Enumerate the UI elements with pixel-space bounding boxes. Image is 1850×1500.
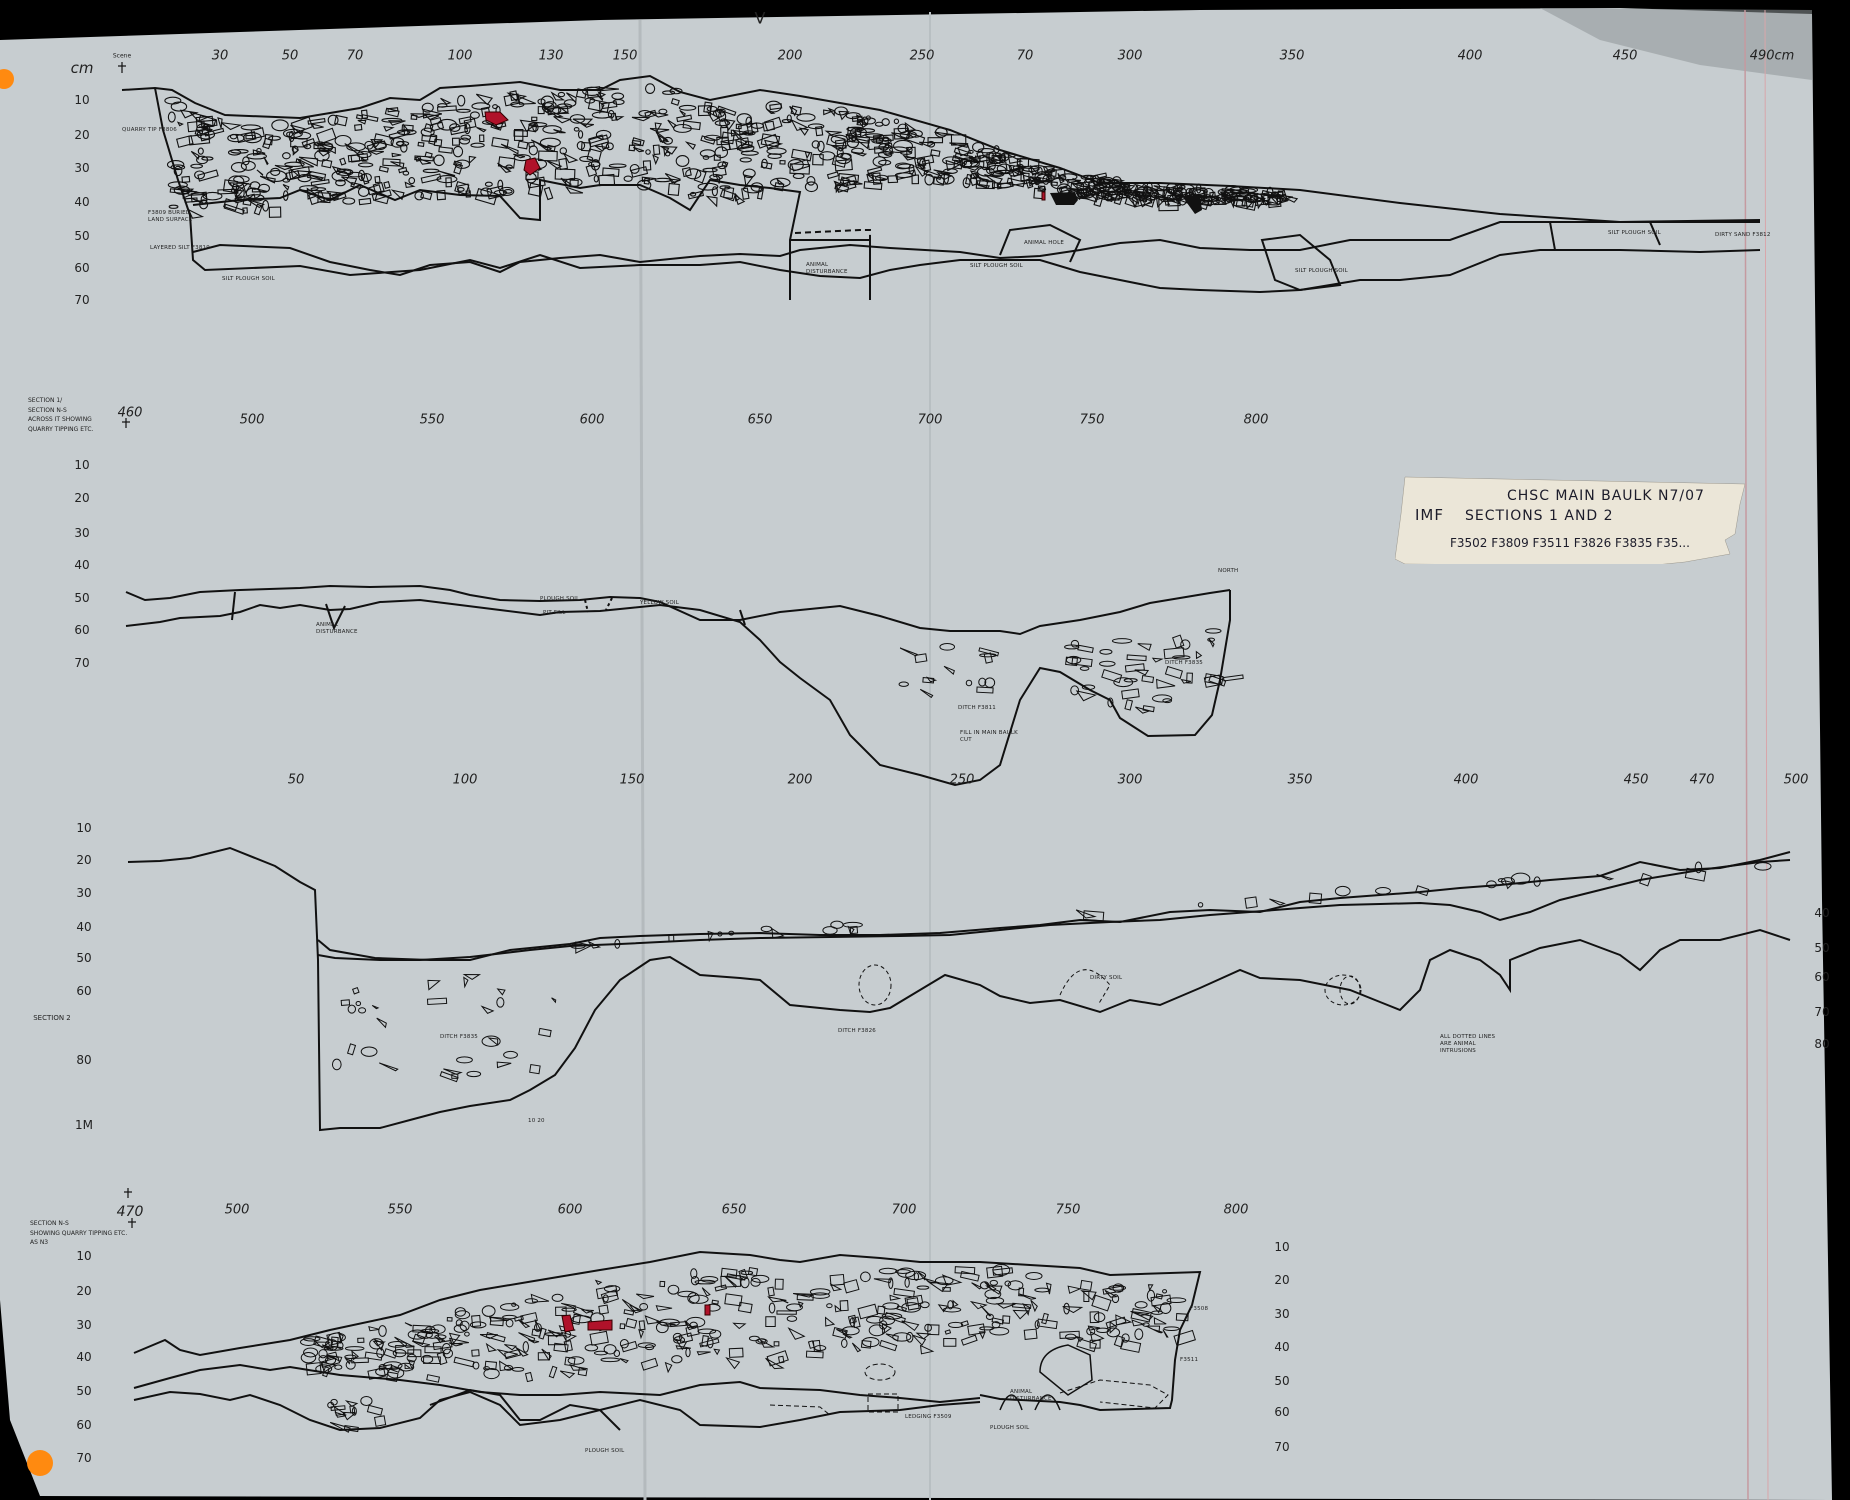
depth-tick-label: 20 [74, 128, 89, 142]
axis-tick-label: 30 [212, 49, 229, 64]
axis-tick-label: 500 [240, 413, 265, 428]
tag-prefix: IMF [1415, 506, 1444, 524]
axis-tick-label: 550 [388, 1203, 413, 1218]
depth-tick-label: 30 [1274, 1307, 1289, 1321]
axis-tick-label: 500 [1784, 773, 1809, 788]
axis-tick-label: 750 [1080, 413, 1105, 428]
depth-tick-label: 70 [76, 1451, 91, 1465]
annotation-label: North [1218, 568, 1238, 575]
annotation-label: Plough soil [540, 596, 579, 603]
title-line: as N3 [30, 1238, 127, 1248]
axis-tick-label: 200 [778, 49, 803, 64]
depth-tick-label: 40 [76, 1350, 91, 1364]
tag-line-3: F3502 F3809 F3511 F3826 F3835 F35... [1450, 536, 1690, 550]
title-line: across it showing [28, 415, 93, 425]
depth-tick-label: 40 [1274, 1340, 1289, 1354]
annotation-label: Animal disturbance [806, 262, 866, 276]
annotation-label: Pit fill [543, 610, 566, 617]
depth-tick-label: 30 [74, 526, 89, 540]
depth-tick-label: 80 [1814, 1037, 1829, 1051]
axis-tick-label: 400 [1458, 49, 1483, 64]
depth-tick-label: 80 [76, 1053, 91, 1067]
axis-tick-label: 300 [1118, 773, 1143, 788]
depth-tick-label: 50 [74, 591, 89, 605]
axis-tick-label: 250 [910, 49, 935, 64]
axis-tick-label: 550 [420, 413, 445, 428]
axis-tick-label: 800 [1224, 1203, 1249, 1218]
title-line: Section 1/ [28, 396, 93, 406]
depth-tick-label: 10 [76, 1249, 91, 1263]
label-tag: CHSC MAIN BAULK N7/07 IMF SECTIONS 1 AND… [1395, 474, 1745, 564]
annotation-label: Ditch F3835 [440, 1034, 478, 1041]
depth-tick-label: 50 [76, 1384, 91, 1398]
axis-tick-label: 600 [580, 413, 605, 428]
start-value: 470 [117, 1204, 144, 1220]
start-label: Scene [113, 53, 131, 60]
annotation-label: Layered silt F3819 [150, 245, 210, 252]
annotation-label: F3511 [1180, 1357, 1198, 1364]
units-label: cm [71, 59, 94, 77]
annotation-label: Ditch F3811 [958, 705, 996, 712]
section-2-title: Section 2 [33, 1014, 71, 1022]
annotation-label: Animal disturbance [1010, 1389, 1070, 1403]
axis-tick-label: 250 [950, 773, 975, 788]
depth-tick-label: 60 [1814, 970, 1829, 984]
axis-tick-label: 130 [539, 49, 564, 64]
depth-tick-label: 60 [76, 984, 91, 998]
depth-tick-label: 50 [76, 951, 91, 965]
annotation-label: Ledging F3509 [905, 1414, 952, 1421]
depth-tick-label: 40 [1814, 906, 1829, 920]
axis-tick-label: 650 [748, 413, 773, 428]
depth-tick-label: 60 [1274, 1405, 1289, 1419]
axis-tick-label: 70 [1017, 49, 1034, 64]
orange-marker-dot [27, 1450, 53, 1476]
axis-tick-label: 450 [1624, 773, 1649, 788]
annotation-label: Silt plough soil [1608, 230, 1661, 237]
annotation-label: Dirty sand F3812 [1715, 232, 1771, 239]
title-line: Section N-S [30, 1219, 127, 1229]
axis-tick-label: 750 [1056, 1203, 1081, 1218]
axis-tick-label: 450 [1613, 49, 1638, 64]
axis-tick-label: 200 [788, 773, 813, 788]
annotation-label: All dotted lines are animal intrusions [1440, 1034, 1500, 1055]
depth-tick-label: 50 [1274, 1374, 1289, 1388]
depth-tick-label: 50 [74, 229, 89, 243]
depth-tick-label: 20 [1274, 1273, 1289, 1287]
axis-tick-label: 50 [282, 49, 299, 64]
axis-tick-label: 70 [347, 49, 364, 64]
axis-tick-label: 700 [918, 413, 943, 428]
depth-tick-label: 10 [74, 458, 89, 472]
annotation-label: Fill in main baulk cut [960, 730, 1020, 744]
depth-tick-label: 1M [75, 1118, 93, 1132]
title-line: showing quarry tipping etc. [30, 1229, 127, 1239]
title-line: Section N-S [28, 406, 93, 416]
tag-line-2: SECTIONS 1 AND 2 [1465, 508, 1614, 524]
axis-tick-label: 350 [1280, 49, 1305, 64]
axis-tick-label: 470 [1690, 773, 1715, 788]
axis-tick-label: 500 [225, 1203, 250, 1218]
depth-tick-label: 70 [74, 293, 89, 307]
annotation-label: Dirty soil [1090, 975, 1122, 982]
depth-tick-label: 20 [74, 491, 89, 505]
annotation-label: Ditch F3826 [838, 1028, 876, 1035]
depth-tick-label: 50 [1814, 941, 1829, 955]
axis-tick-label: 400 [1454, 773, 1479, 788]
depth-tick-label: 60 [74, 623, 89, 637]
annotation-label: Ditch F3835 [1165, 660, 1203, 667]
depth-tick-label: 40 [74, 195, 89, 209]
annotation-label: Yellow soil [640, 600, 679, 607]
axis-tick-label: 600 [558, 1203, 583, 1218]
annotation-label: 10 20 [528, 1118, 545, 1125]
annotation-label: F3508 [1190, 1306, 1208, 1313]
depth-tick-label: 20 [76, 1284, 91, 1298]
depth-tick-label: 60 [74, 261, 89, 275]
annotation-label: Silt plough soil [1295, 268, 1348, 275]
annotation-label: Silt plough soil [970, 263, 1023, 270]
annotation-label: F3809 Buried land surface [148, 210, 208, 224]
depth-tick-label: 10 [76, 821, 91, 835]
annotation-label: Quarry tip F3806 [122, 127, 177, 134]
section-3-title: Section N-S showing quarry tipping etc. … [30, 1219, 127, 1248]
axis-tick-label: 350 [1288, 773, 1313, 788]
annotation-label: Plough soil [990, 1425, 1029, 1432]
annotation-label: Animal hole [1024, 240, 1064, 247]
section-1-continuation-title: Section 1/ Section N-S across it showing… [28, 396, 93, 434]
depth-tick-label: 70 [74, 656, 89, 670]
axis-tick-label: 300 [1118, 49, 1143, 64]
depth-tick-label: 30 [74, 161, 89, 175]
section-drawing-sheet: cm Scene 3050701001301502002507030035040… [0, 0, 1850, 1500]
axis-tick-label: 800 [1244, 413, 1269, 428]
annotation-label: Animal disturbance [316, 622, 376, 636]
paper-sheet [0, 8, 1832, 1500]
start-value: 460 [118, 406, 143, 421]
title-line: quarry tipping etc. [28, 425, 93, 435]
top-mark: V [755, 9, 766, 28]
axis-tick-label: 150 [613, 49, 638, 64]
depth-tick-label: 20 [76, 853, 91, 867]
axis-tick-label: 100 [448, 49, 473, 64]
axis-tick-label: 490cm [1750, 49, 1795, 64]
axis-tick-label: 700 [892, 1203, 917, 1218]
axis-tick-label: 100 [453, 773, 478, 788]
depth-tick-label: 30 [76, 886, 91, 900]
depth-tick-label: 70 [1274, 1440, 1289, 1454]
depth-tick-label: 60 [76, 1418, 91, 1432]
axis-tick-label: 650 [722, 1203, 747, 1218]
depth-tick-label: 40 [76, 920, 91, 934]
drawing-canvas [0, 0, 1850, 1500]
depth-tick-label: 70 [1814, 1005, 1829, 1019]
tag-line-1: CHSC MAIN BAULK N7/07 [1507, 488, 1705, 504]
axis-tick-label: 50 [288, 773, 305, 788]
depth-tick-label: 10 [74, 93, 89, 107]
annotation-label: Plough soil [585, 1448, 624, 1455]
annotation-label: Silt plough soil [222, 276, 275, 283]
axis-tick-label: 150 [620, 773, 645, 788]
depth-tick-label: 10 [1274, 1240, 1289, 1254]
depth-tick-label: 40 [74, 558, 89, 572]
depth-tick-label: 30 [76, 1318, 91, 1332]
